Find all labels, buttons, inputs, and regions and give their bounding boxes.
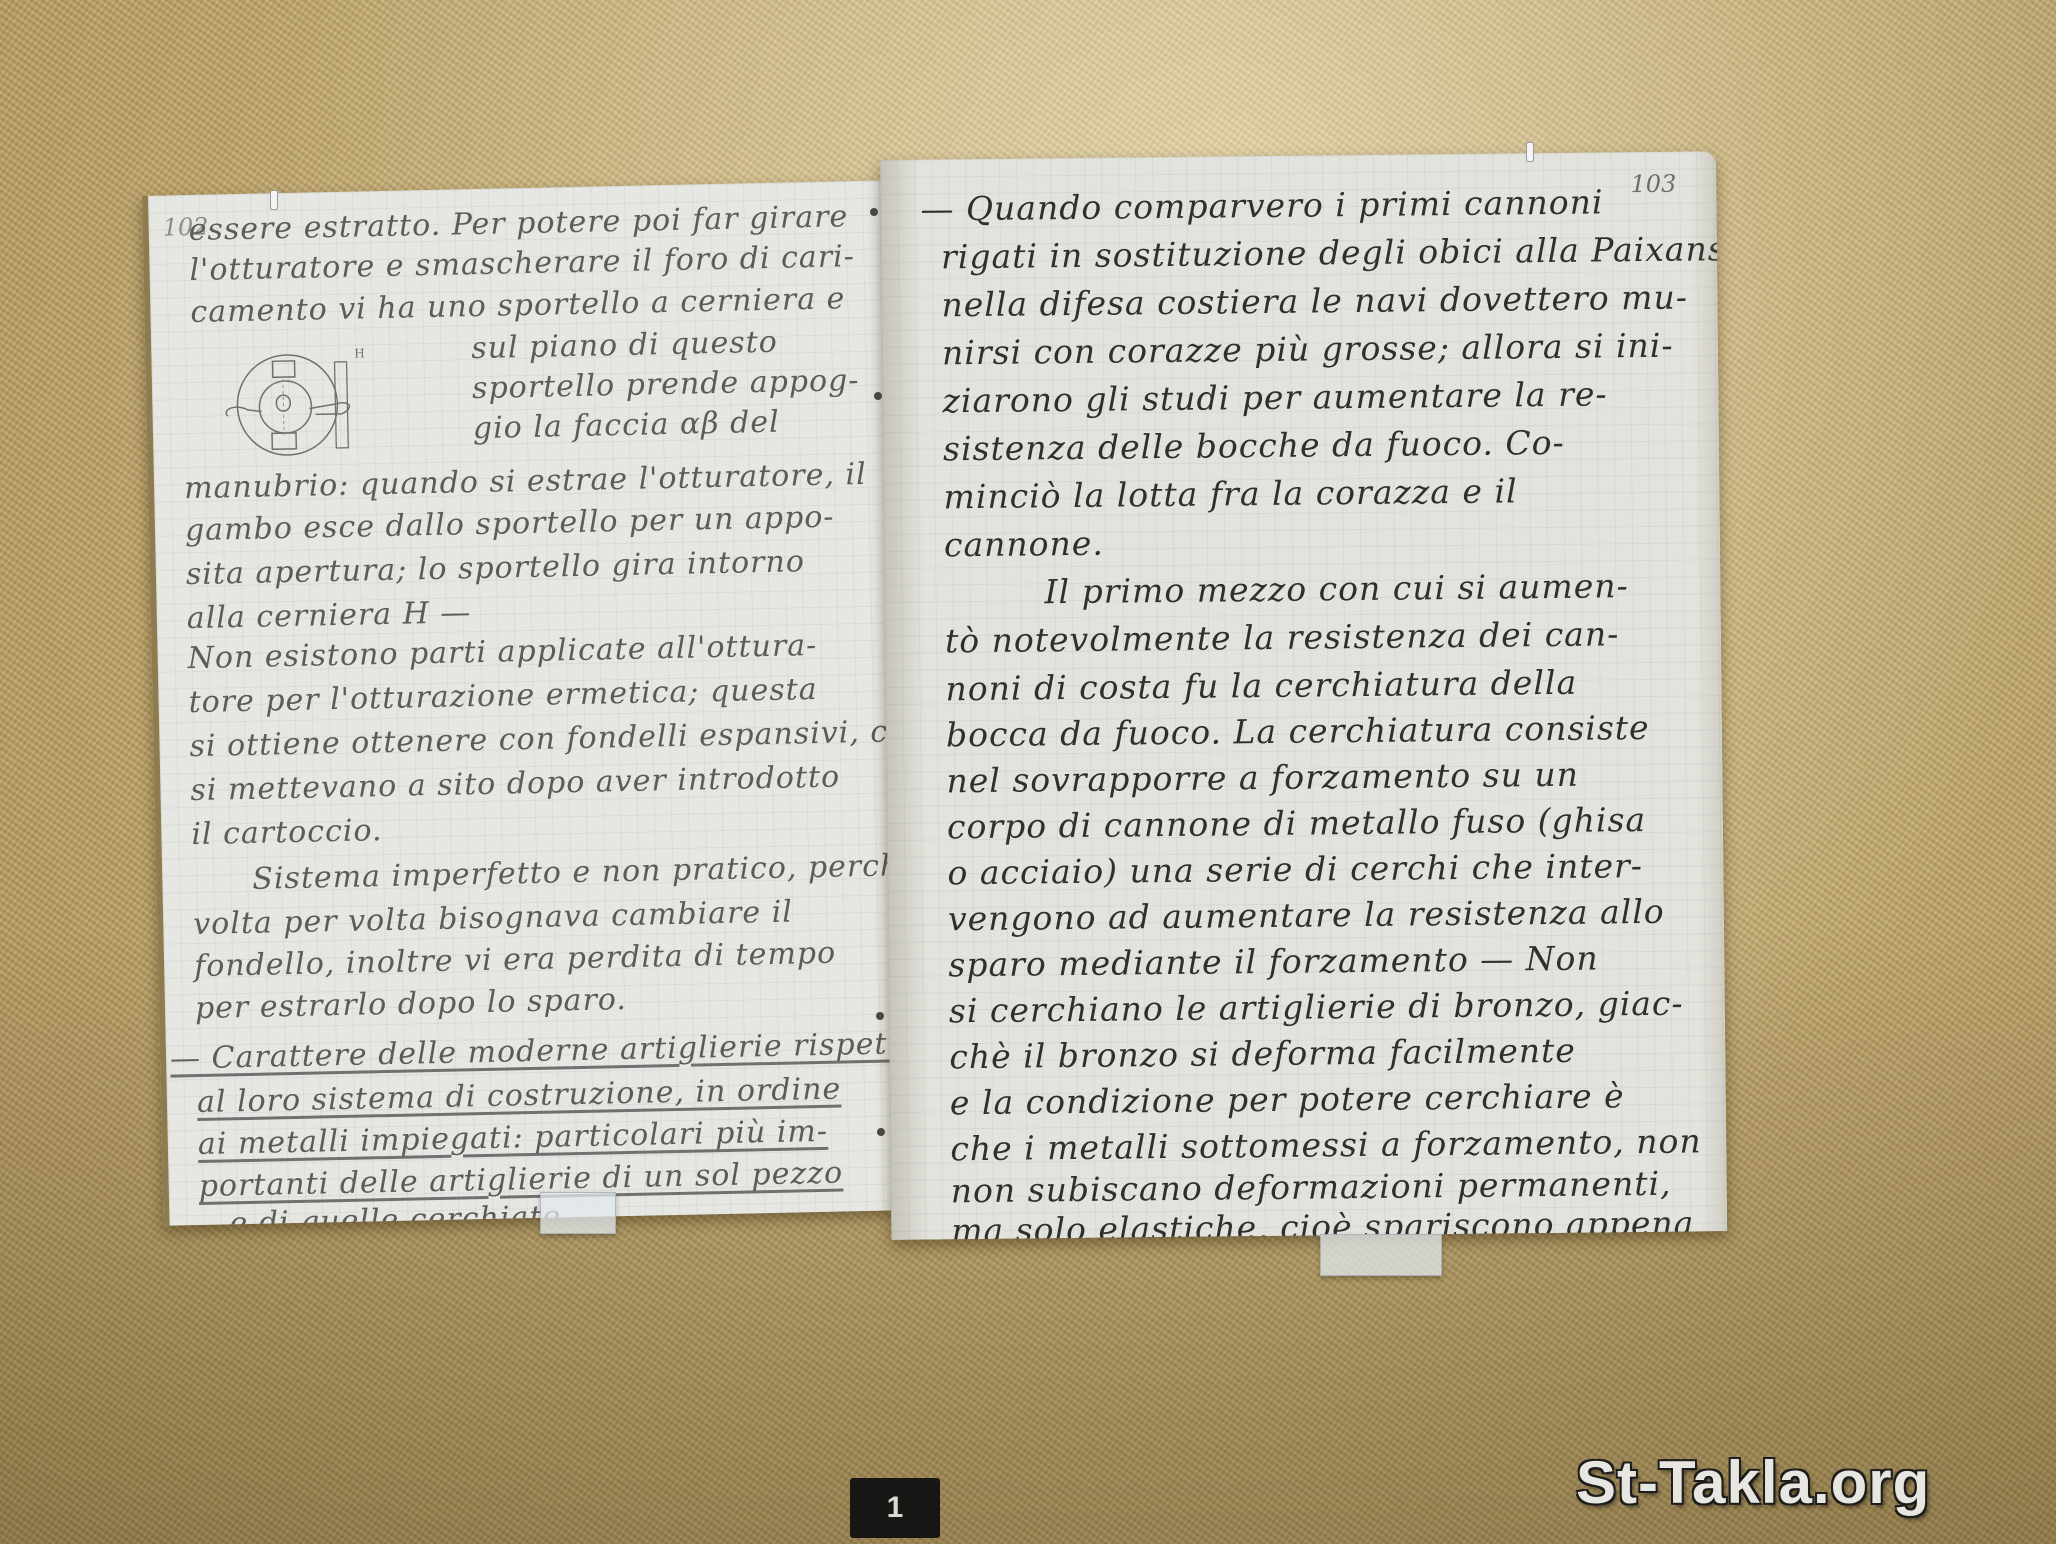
handwritten-line: alla cerniera H —: [186, 595, 471, 636]
handwritten-line: nella difesa costiera le navi dovettero …: [941, 278, 1688, 325]
handwritten-line: o acciaio) una serie di cerchi che inter…: [947, 846, 1643, 892]
handwritten-line-underlined: — Carattere delle moderne artiglierie ri…: [170, 1026, 904, 1077]
handwritten-line: fondello, inoltre vi era perdita di temp…: [194, 936, 837, 984]
handwritten-line: tore per l'otturazione ermetica; questa: [188, 672, 818, 720]
handwritten-line: vengono ad aumentare la resistenza allo: [948, 892, 1665, 939]
binding-hole: [870, 208, 878, 216]
binding-hole: [876, 1012, 884, 1020]
handwritten-line: che i metalli sottomessi a forzamento, n…: [950, 1121, 1702, 1168]
handwritten-line: nel sovrapporre a forzamento su un: [946, 755, 1579, 801]
handwritten-line: chè il bronzo si deforma facilmente: [949, 1031, 1576, 1077]
handwritten-line: tò notevolmente la resistenza dei can-: [945, 614, 1620, 660]
exhibit-number-label: 1: [850, 1478, 940, 1538]
handwritten-line: cannone.: [944, 524, 1104, 565]
binding-hole: [877, 1128, 885, 1136]
handwritten-line: l'otturatore e smascherare il foro di ca…: [189, 239, 855, 288]
handwritten-line: sita apertura; lo sportello gira intorno: [186, 544, 806, 592]
left-page: 102 H essere estratto. Per potere poi fa…: [142, 181, 903, 1226]
acrylic-page-holder: [540, 1192, 616, 1234]
handwritten-line: minciò la lotta fra la corazza e il: [943, 471, 1517, 516]
handwritten-line: bocca da fuoco. La cerchiatura consiste: [946, 708, 1650, 754]
acrylic-page-holder: [1320, 1234, 1442, 1276]
left-page-text: essere estratto. Per potere poi far gira…: [148, 181, 882, 196]
handwritten-line: camento vi ha uno sportello a cerniera e: [190, 281, 846, 330]
breech-mechanism-sketch-icon: H: [216, 341, 378, 464]
handwritten-line: sparo mediante il forzamento — Non: [948, 939, 1599, 985]
handwritten-line: volta per volta bisognava cambiare il: [193, 895, 793, 943]
binding-hole: [874, 392, 882, 400]
right-page-number: 103: [1630, 170, 1676, 198]
handwritten-line: sistenza delle bocche da fuoco. Co-: [943, 423, 1565, 469]
handwritten-line: Il primo mezzo con cui si aumen-: [1044, 566, 1629, 611]
right-page-text: — Quando comparvero i primi cannoni riga…: [880, 151, 1716, 160]
handwritten-line-underlined: ai metalli impiegati: particolari più im…: [198, 1114, 829, 1162]
exhibit-number: 1: [887, 1491, 904, 1525]
mounting-pin: [270, 190, 278, 210]
handwritten-line: manubrio: quando si estrae l'otturatore,…: [184, 457, 867, 506]
svg-text:H: H: [354, 346, 365, 360]
handwritten-line: gio la faccia αβ del: [473, 405, 780, 446]
handwritten-line: si cerchiano le artiglierie di bronzo, g…: [949, 984, 1684, 1031]
handwritten-line: Sistema imperfetto e non pratico, perchè: [252, 848, 903, 897]
handwritten-line-underlined: al loro sistema di costruzione, in ordin…: [197, 1072, 842, 1120]
handwritten-line: per estrarlo dopo lo sparo.: [195, 982, 628, 1026]
handwritten-line: non subiscano deformazioni permanenti,: [951, 1164, 1672, 1211]
right-page: 103 — Quando comparvero i primi cannoni …: [880, 151, 1727, 1240]
handwritten-line: nirsi con corazze più grosse; allora si …: [942, 326, 1674, 373]
handwritten-line: si ottiene ottenere con fondelli espansi…: [189, 714, 903, 764]
handwritten-line: gambo esce dallo sportello per un appo-: [185, 500, 835, 549]
handwritten-line: sportello prende appog-: [472, 363, 860, 406]
handwritten-line: ziarono gli studi per aumentare la re-: [942, 374, 1607, 420]
handwritten-line: corpo di cannone di metallo fuso (ghisa: [947, 800, 1647, 846]
mounting-pin: [1526, 142, 1534, 162]
handwritten-line: — Quando comparvero i primi cannoni: [920, 182, 1603, 228]
handwritten-line: rigati in sostituzione degli obici alla …: [941, 229, 1726, 276]
watermark: St-Takla.org: [1576, 1448, 1930, 1517]
handwritten-line: noni di costa fu la cerchiatura della: [945, 663, 1577, 709]
handwritten-line: e la condizione per potere cerchiare è: [950, 1076, 1625, 1122]
handwritten-line-underlined: portanti delle artiglierie di un sol pez…: [198, 1156, 843, 1204]
handwritten-line: il cartoccio.: [191, 813, 383, 852]
handwritten-line: Non esistono parti applicate all'ottura-: [187, 628, 817, 676]
handwritten-line: sul piano di questo: [471, 325, 778, 366]
handwritten-line: si mettevano a sito dopo aver introdotto: [190, 760, 840, 809]
